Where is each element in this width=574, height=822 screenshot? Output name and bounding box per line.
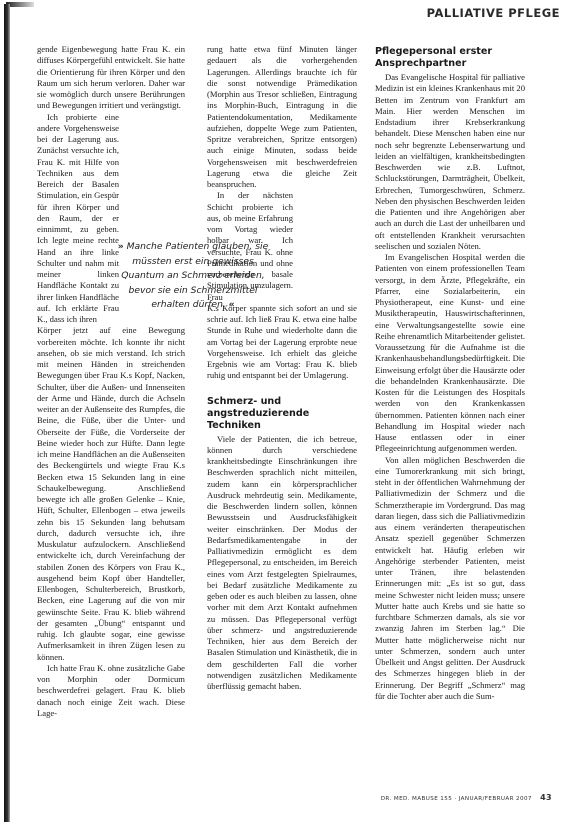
paragraph: Körper jetzt auf eine Bewegung vorbereit… <box>37 325 185 663</box>
paragraph: Ich probierte eine andere Vorgehensweise… <box>37 112 119 326</box>
page-binding-edge <box>4 4 10 822</box>
section-heading: Schmerz- und angstreduzierende Techniken <box>207 396 357 432</box>
column-3: Pflegepersonal erster Ansprechpartner Da… <box>375 46 525 702</box>
page-number: 43 <box>540 793 552 802</box>
paragraph: K.s Körper spannte sich sofort an und si… <box>207 303 357 382</box>
section-heading: Pflegepersonal erster Ansprechpartner <box>375 46 525 70</box>
paragraph: Im Evangelischen Hospital werden die Pat… <box>375 252 525 455</box>
page-footer: DR. MED. MABUSE 155 · JANUAR/FEBRUAR 200… <box>381 793 552 802</box>
paragraph: Viele der Patienten, die ich betreue, kö… <box>207 434 357 693</box>
paragraph-text: Ich probierte eine andere Vorgehensweise… <box>37 112 119 325</box>
pull-quote: » Manche Patienten glauben, sie müssten … <box>113 240 273 313</box>
paragraph: rung hatte etwa fünf Minuten länger geda… <box>207 44 357 190</box>
paragraph: Ich hatte Frau K. ohne zusätzliche Gabe … <box>37 663 185 719</box>
running-head: PALLIATIVE PFLEGE <box>427 6 560 20</box>
paragraph: Das Evangelische Hospital für palliative… <box>375 72 525 252</box>
quote-close-mark: « <box>229 299 235 310</box>
publication-info: DR. MED. MABUSE 155 · JANUAR/FEBRUAR 200… <box>381 796 532 802</box>
page-binding-top-edge <box>6 2 34 7</box>
column-2: rung hatte etwa fünf Minuten länger geda… <box>207 44 357 692</box>
pull-quote-text: Manche Patienten glauben, sie müssten er… <box>121 241 268 310</box>
quote-open-mark: » <box>118 241 124 252</box>
paragraph: Von allen möglichen Beschwerden die eine… <box>375 455 525 703</box>
column-1: gende Eigenbewegung hatte Frau K. ein di… <box>37 44 185 719</box>
paragraph: gende Eigenbewegung hatte Frau K. ein di… <box>37 44 185 112</box>
